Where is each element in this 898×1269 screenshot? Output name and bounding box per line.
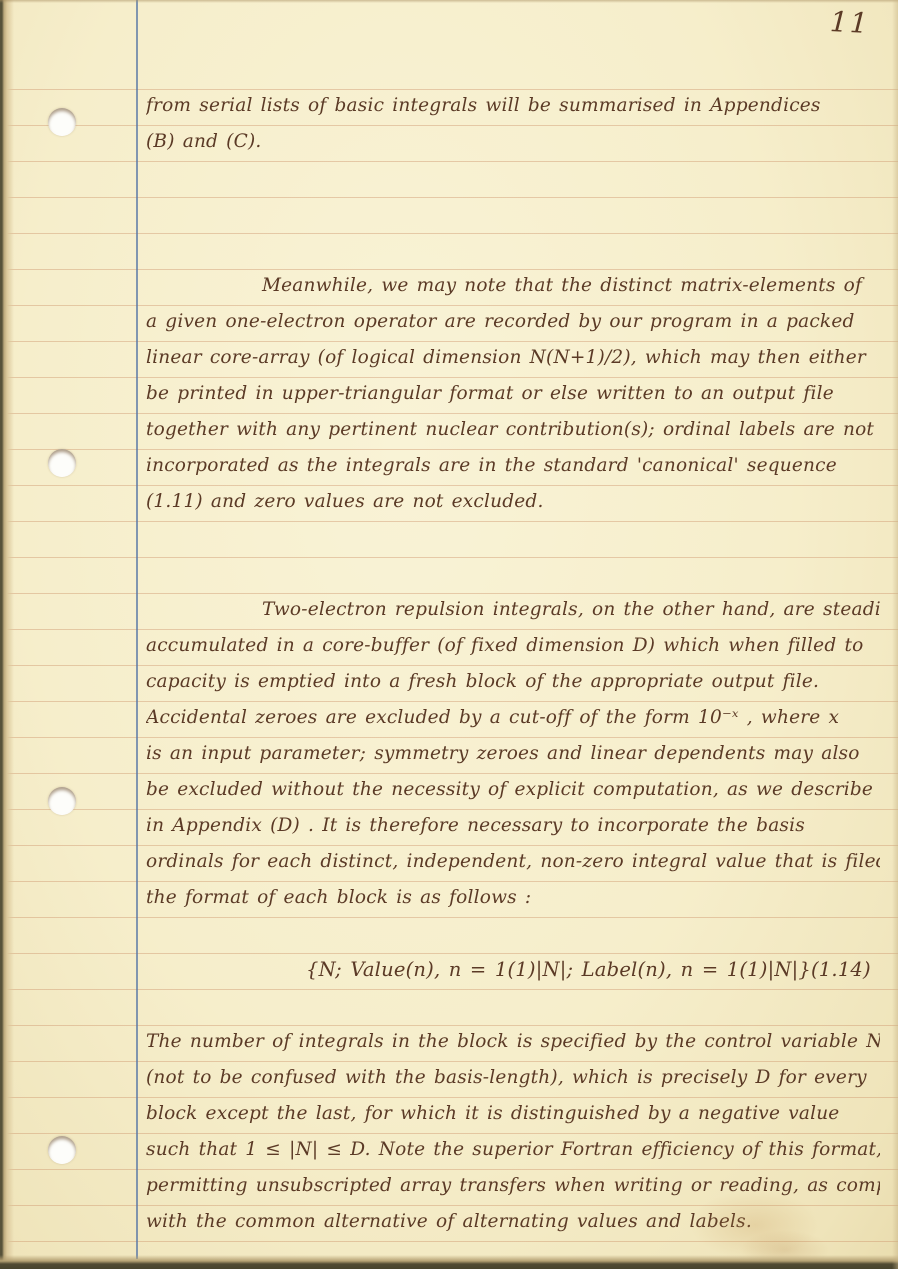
- handwritten-content: from serial lists of basic integrals wil…: [0, 0, 898, 1240]
- handwritten-line: Meanwhile, we may note that the distinct…: [146, 268, 880, 304]
- handwritten-line: with the common alternative of alternati…: [146, 1204, 880, 1240]
- handwritten-line: permitting unsubscripted array transfers…: [146, 1168, 880, 1204]
- handwritten-line: linear core-array (of logical dimension …: [146, 340, 880, 376]
- handwritten-line: be printed in upper-triangular format or…: [146, 376, 880, 412]
- blank-row: [146, 520, 880, 556]
- blank-row: [146, 160, 880, 196]
- handwritten-line: The number of integrals in the block is …: [146, 1024, 880, 1060]
- blank-row: [146, 232, 880, 268]
- blank-row: [146, 916, 880, 952]
- handwritten-line: in Appendix (D) . It is therefore necess…: [146, 808, 880, 844]
- handwritten-line: the format of each block is as follows :: [146, 880, 880, 916]
- handwritten-line: block except the last, for which it is d…: [146, 1096, 880, 1132]
- scanned-notebook-scan: { "page": { "number": "11" }, "ink_color…: [0, 0, 898, 1269]
- handwritten-line: together with any pertinent nuclear cont…: [146, 412, 880, 448]
- handwritten-line: from serial lists of basic integrals wil…: [146, 88, 880, 124]
- handwritten-line: (1.11) and zero values are not excluded.: [146, 484, 880, 520]
- blank-row: [146, 988, 880, 1024]
- equation-body: {N; Value(n), n = 1(1)|N|; Label(n), n =…: [306, 952, 811, 988]
- page-edge-bottom: [0, 1255, 898, 1269]
- handwritten-line: be excluded without the necessity of exp…: [146, 772, 880, 808]
- notebook-page: 11 from serial lists of basic integrals …: [0, 0, 898, 1269]
- equation-number: (1.14): [811, 952, 871, 988]
- handwritten-line: a given one-electron operator are record…: [146, 304, 880, 340]
- equation-line: {N; Value(n), n = 1(1)|N|; Label(n), n =…: [146, 952, 880, 988]
- blank-row: [146, 556, 880, 592]
- handwritten-line: ordinals for each distinct, independent,…: [146, 844, 880, 880]
- handwritten-line: such that 1 ≤ |N| ≤ D. Note the superior…: [146, 1132, 880, 1168]
- handwritten-line: Two-electron repulsion integrals, on the…: [146, 592, 880, 628]
- handwritten-line: Accidental zeroes are excluded by a cut-…: [146, 700, 880, 736]
- handwritten-line: (B) and (C).: [146, 124, 880, 160]
- handwritten-line: accumulated in a core-buffer (of fixed d…: [146, 628, 880, 664]
- handwritten-line: capacity is emptied into a fresh block o…: [146, 664, 880, 700]
- handwritten-line: (not to be confused with the basis-lengt…: [146, 1060, 880, 1096]
- blank-row: [146, 196, 880, 232]
- handwritten-line: is an input parameter; symmetry zeroes a…: [146, 736, 880, 772]
- handwritten-line: incorporated as the integrals are in the…: [146, 448, 880, 484]
